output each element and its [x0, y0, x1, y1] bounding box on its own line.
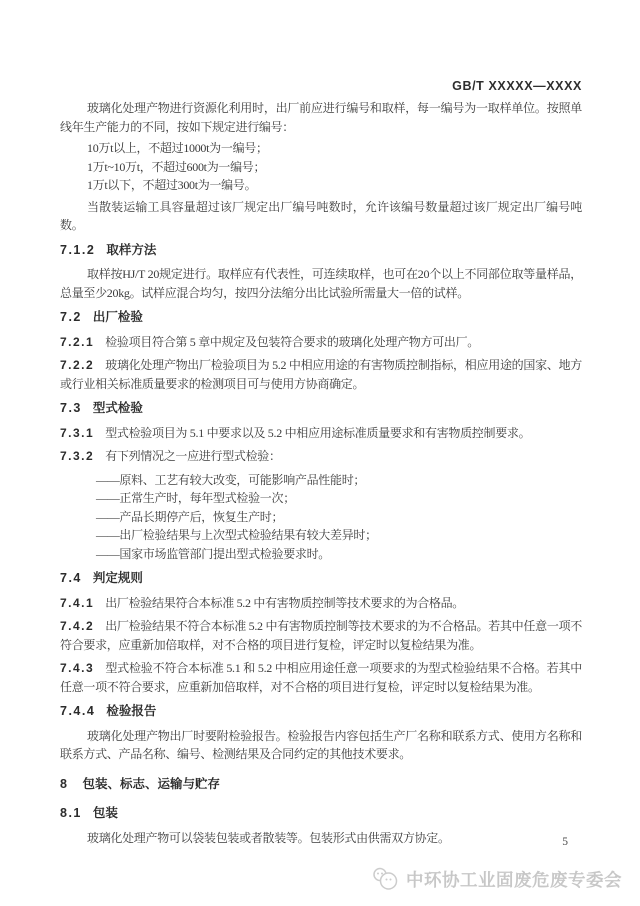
clause-heading: 7.1.2取样方法 — [60, 241, 582, 260]
clause-title: 包装 — [93, 806, 118, 820]
clause-number: 7.2.1 — [60, 335, 94, 349]
paragraph: 玻璃化处理产物出厂时要附检验报告。检验报告内容包括生产厂名称和联系方式、使用方名… — [60, 727, 582, 764]
list-item: 10万t以上，不超过1000t为一编号； — [60, 139, 582, 158]
clause-text: 型式检验项目为 5.1 中要求以及 5.2 中相应用途标准质量要求和有害物质控制… — [105, 426, 530, 440]
clause-text: 玻璃化处理产物出厂检验项目为 5.2 中相应用途的有害物质控制指标，相应用途的国… — [60, 358, 582, 391]
standard-code-header: GB/T XXXXX—XXXX — [452, 79, 582, 93]
clause-paragraph: 7.3.2有下列情况之一应进行型式检验： — [60, 447, 582, 466]
clause-text: 出厂检验结果不符合本标准 5.2 中有害物质控制等技术要求的为不合格品。若其中任… — [60, 619, 582, 652]
clause-number: 7.4.3 — [60, 661, 94, 675]
clause-heading: 7.4.4检验报告 — [60, 702, 582, 721]
page-number: 5 — [562, 836, 568, 848]
clause-paragraph: 7.4.2出厂检验结果不符合本标准 5.2 中有害物质控制等技术要求的为不合格品… — [60, 617, 582, 654]
list-item: 1万t~10万t，不超过600t为一编号； — [60, 158, 582, 177]
association-logo-icon — [370, 866, 400, 892]
watermark: 中环协工业固废危废专委会 — [370, 866, 622, 892]
clause-heading: 7.4判定规则 — [60, 569, 582, 588]
clause-title: 出厂检验 — [93, 310, 143, 324]
clause-paragraph: 7.2.1检验项目符合第 5 章中规定及包装符合要求的玻璃化处理产物方可出厂。 — [60, 333, 582, 352]
clause-number: 7.4.2 — [60, 619, 94, 633]
clause-text: 有下列情况之一应进行型式检验： — [105, 449, 281, 463]
clause-title: 型式检验 — [93, 401, 143, 415]
page: GB/T XXXXX—XXXX 玻璃化处理产物进行资源化利用时，出厂前应进行编号… — [0, 0, 640, 906]
list-item: 1万t以下，不超过300t为一编号。 — [60, 176, 582, 195]
dash-list-item: ——正常生产时，每年型式检验一次； — [60, 489, 582, 508]
clause-paragraph: 7.3.1型式检验项目为 5.1 中要求以及 5.2 中相应用途标准质量要求和有… — [60, 424, 582, 443]
clause-text: 出厂检验结果符合本标准 5.2 中有害物质控制等技术要求的为合格品。 — [105, 596, 464, 610]
clause-heading: 7.3型式检验 — [60, 399, 582, 418]
clause-title: 包装、标志、运输与贮存 — [82, 777, 220, 791]
paragraph: 玻璃化处理产物进行资源化利用时，出厂前应进行编号和取样，每一编号为一取样单位。按… — [60, 99, 582, 136]
clause-number: 7.4.4 — [60, 704, 95, 718]
paragraph: 取样按HJ/T 20规定进行。取样应有代表性，可连续取样，也可在20个以上不同部… — [60, 265, 582, 302]
clause-title: 判定规则 — [93, 571, 143, 585]
clause-number: 7.3.2 — [60, 449, 94, 463]
clause-title: 检验报告 — [106, 704, 156, 718]
dash-list-item: ——出厂检验结果与上次型式检验结果有较大差异时； — [60, 526, 582, 545]
clause-number: 7.1.2 — [60, 243, 95, 257]
dash-list-item: ——产品长期停产后，恢复生产时； — [60, 508, 582, 527]
clause-paragraph: 7.4.3型式检验不符合本标准 5.1 和 5.2 中相应用途任意一项要求的为型… — [60, 659, 582, 696]
plain-list: 10万t以上，不超过1000t为一编号；1万t~10万t，不超过600t为一编号… — [60, 139, 582, 195]
clause-number: 8.1 — [60, 806, 82, 820]
clause-number: 8 — [60, 777, 68, 791]
clause-text: 型式检验不符合本标准 5.1 和 5.2 中相应用途任意一项要求的为型式检验结果… — [60, 661, 582, 694]
paragraph: 当散装运输工具容量超过该厂规定出厂编号吨数时，允许该编号数量超过该厂规定出厂编号… — [60, 198, 582, 235]
clause-number: 7.4 — [60, 571, 82, 585]
dash-list: ——原料、工艺有较大改变，可能影响产品性能时；——正常生产时，每年型式检验一次；… — [60, 471, 582, 564]
watermark-text: 中环协工业固废危废专委会 — [406, 867, 622, 892]
document-body: 玻璃化处理产物进行资源化利用时，出厂前应进行编号和取样，每一编号为一取样单位。按… — [60, 99, 582, 850]
clause-title: 取样方法 — [106, 243, 156, 257]
clause-text: 检验项目符合第 5 章中规定及包装符合要求的玻璃化处理产物方可出厂。 — [105, 335, 479, 349]
dash-list-item: ——原料、工艺有较大改变，可能影响产品性能时； — [60, 471, 582, 490]
clause-paragraph: 7.4.1出厂检验结果符合本标准 5.2 中有害物质控制等技术要求的为合格品。 — [60, 594, 582, 613]
clause-heading: 7.2出厂检验 — [60, 308, 582, 327]
chapter-heading: 8包装、标志、运输与贮存 — [60, 775, 582, 794]
paragraph: 玻璃化处理产物可以袋装包装或者散装等。包装形式由供需双方协定。 — [60, 829, 582, 848]
clause-number: 7.2.2 — [60, 358, 94, 372]
clause-number: 7.4.1 — [60, 596, 94, 610]
clause-number: 7.3 — [60, 401, 82, 415]
clause-paragraph: 7.2.2玻璃化处理产物出厂检验项目为 5.2 中相应用途的有害物质控制指标，相… — [60, 356, 582, 393]
clause-heading: 8.1包装 — [60, 804, 582, 823]
clause-number: 7.2 — [60, 310, 82, 324]
clause-number: 7.3.1 — [60, 426, 94, 440]
dash-list-item: ——国家市场监管部门提出型式检验要求时。 — [60, 545, 582, 564]
